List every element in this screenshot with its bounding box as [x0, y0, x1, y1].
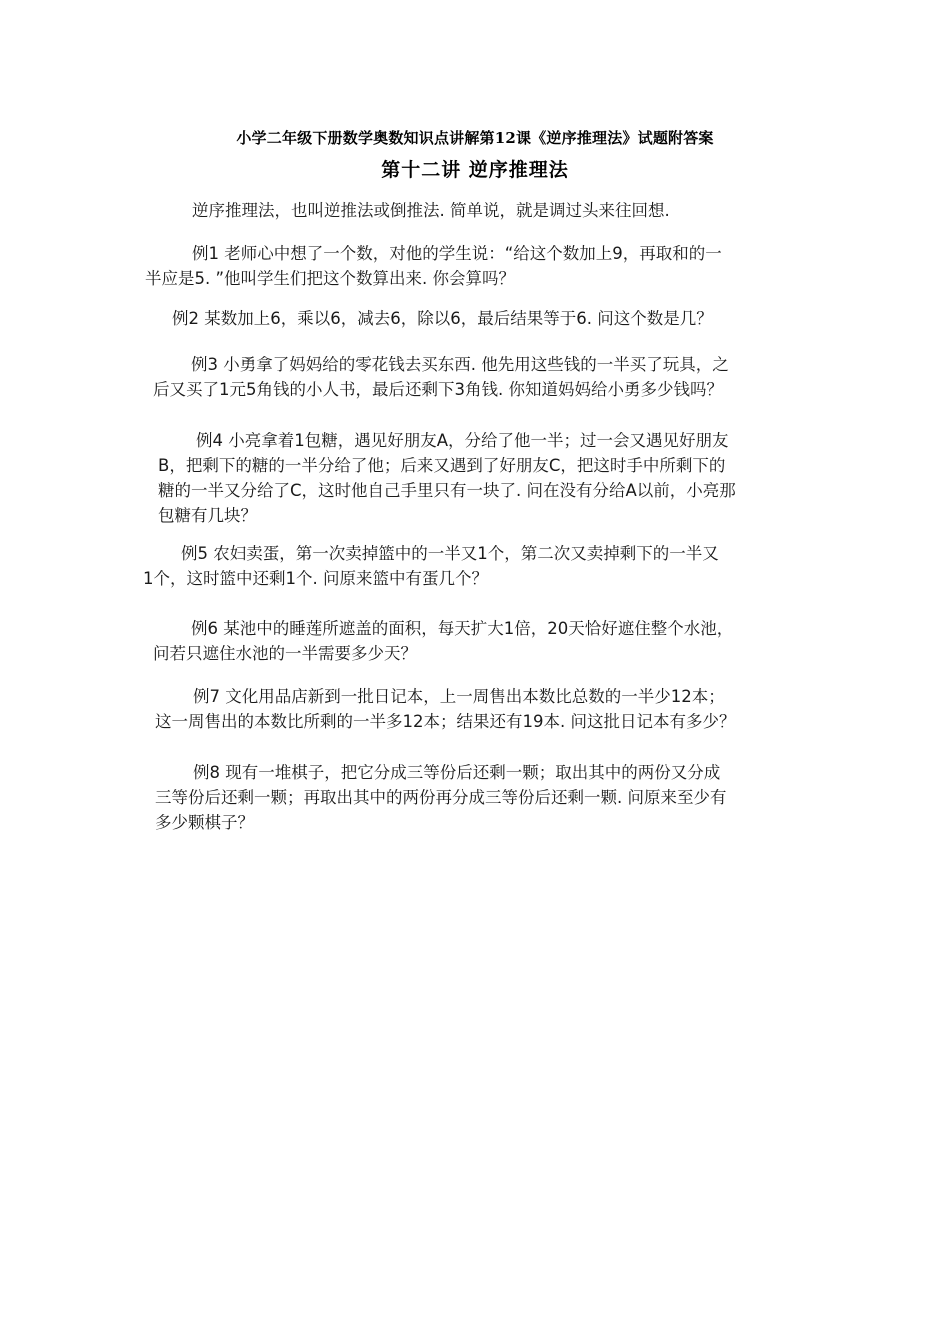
example-line: 多少颗棋子？ [155, 810, 727, 835]
example-line: 后又买了1元5角钱的小人书，最后还剩下3角钱. 你知道妈妈给小勇多少钱吗？ [153, 377, 729, 402]
example-3: 例3 小勇拿了妈妈给的零花钱去买东西. 他先用这些钱的一半买了玩具，之 后又买了… [153, 352, 729, 402]
example-line: 例3 小勇拿了妈妈给的零花钱去买东西. 他先用这些钱的一半买了玩具，之 [153, 352, 729, 377]
intro-paragraph: 逆序推理法，也叫逆推法或倒推法. 简单说，就是调过头来往回想. [192, 198, 670, 223]
example-line: 糖的一半又分给了C，这时他自己手里只有一块了. 问在没有分给A以前，小亮那 [158, 478, 736, 503]
example-line: 例7 文化用品店新到一批日记本，上一周售出本数比总数的一半少12本； [155, 684, 735, 709]
example-line: 例5 农妇卖蛋，第一次卖掉篮中的一半又1个，第二次又卖掉剩下的一半又 [143, 541, 719, 566]
example-2: 例2 某数加上6，乘以6，减去6，除以6，最后结果等于6. 问这个数是几？ [172, 306, 713, 331]
document-title: 小学二年级下册数学奥数知识点讲解第12课《逆序推理法》试题附答案 [0, 127, 950, 148]
example-line: 例6 某池中的睡莲所遮盖的面积，每天扩大1倍，20天恰好遮住整个水池， [153, 616, 733, 641]
example-line: 这一周售出的本数比所剩的一半多12本；结果还有19本. 问这批日记本有多少？ [155, 709, 735, 734]
example-4: 例4 小亮拿着1包糖，遇见好朋友A，分给了他一半；过一会又遇见好朋友 B，把剩下… [158, 428, 736, 528]
example-line: 例1 老师心中想了一个数，对他的学生说：“给这个数加上9，再取和的一 [145, 241, 722, 266]
example-line: 问若只遮住水池的一半需要多少天？ [153, 641, 733, 666]
lecture-title: 第十二讲 逆序推理法 [0, 155, 950, 182]
example-8: 例8 现有一堆棋子，把它分成三等份后还剩一颗；取出其中的两份又分成 三等份后还剩… [155, 760, 727, 835]
example-5: 例5 农妇卖蛋，第一次卖掉篮中的一半又1个，第二次又卖掉剩下的一半又 1个，这时… [143, 541, 719, 591]
example-line: 包糖有几块？ [158, 503, 736, 528]
example-line: 例2 某数加上6，乘以6，减去6，除以6，最后结果等于6. 问这个数是几？ [172, 306, 713, 331]
example-line: B，把剩下的糖的一半分给了他；后来又遇到了好朋友C，把这时手中所剩下的 [158, 453, 736, 478]
example-line: 三等份后还剩一颗；再取出其中的两份再分成三等份后还剩一颗. 问原来至少有 [155, 785, 727, 810]
example-1: 例1 老师心中想了一个数，对他的学生说：“给这个数加上9，再取和的一 半应是5.… [145, 241, 722, 291]
example-6: 例6 某池中的睡莲所遮盖的面积，每天扩大1倍，20天恰好遮住整个水池， 问若只遮… [153, 616, 733, 666]
example-line: 半应是5. ”他叫学生们把这个数算出来. 你会算吗？ [145, 266, 722, 291]
example-7: 例7 文化用品店新到一批日记本，上一周售出本数比总数的一半少12本； 这一周售出… [155, 684, 735, 734]
example-line: 例4 小亮拿着1包糖，遇见好朋友A，分给了他一半；过一会又遇见好朋友 [158, 428, 736, 453]
intro-text: 逆序推理法，也叫逆推法或倒推法. 简单说，就是调过头来往回想. [192, 198, 670, 223]
example-line: 1个，这时篮中还剩1个. 问原来篮中有蛋几个？ [143, 566, 719, 591]
example-line: 例8 现有一堆棋子，把它分成三等份后还剩一颗；取出其中的两份又分成 [155, 760, 727, 785]
